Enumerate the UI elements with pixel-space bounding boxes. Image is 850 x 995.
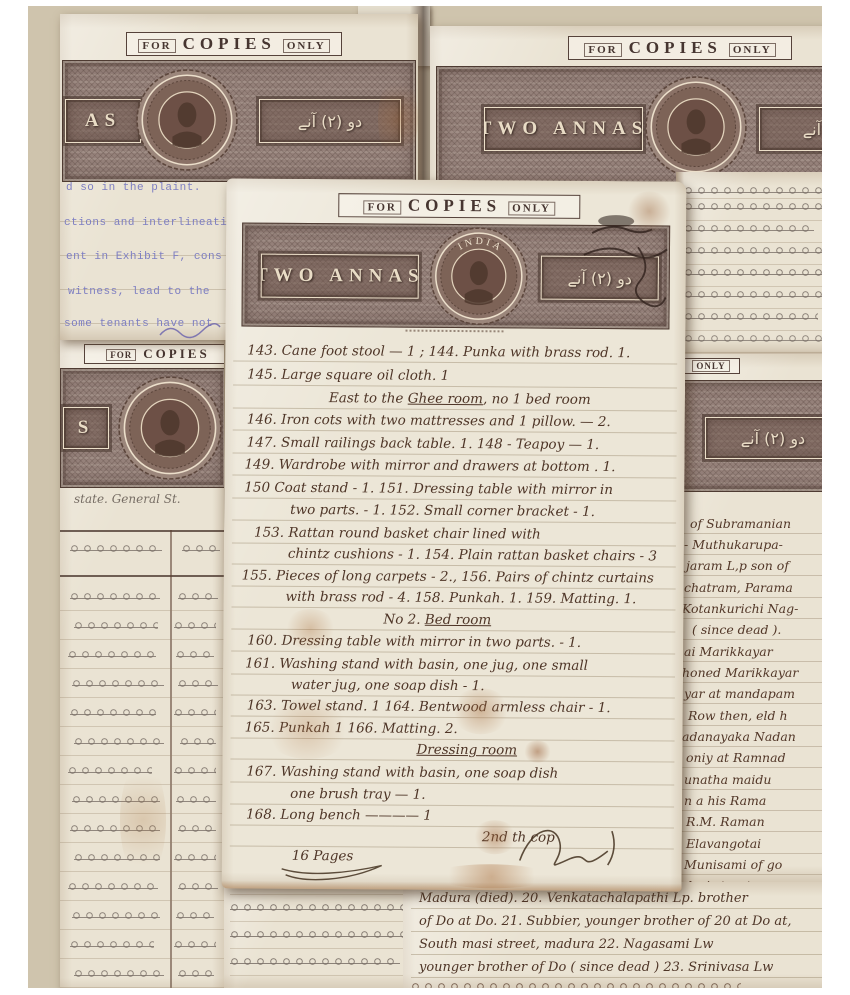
underlined-heading: Bed room [425,612,491,628]
right-handwritten-page [676,172,822,354]
handwriting-scribble [684,246,822,255]
handwriting-scribble [182,544,220,553]
header-for-label: FOR [138,39,175,53]
handwriting-scribble [178,592,218,601]
bottom-line: South masi street, madura 22. Nagasami L… [411,932,822,955]
left-middle-document: FOR COPIES S state. General St. [60,340,224,988]
header-for-label: FOR [106,349,136,361]
table-rule [60,575,224,577]
scribble-line [684,176,822,199]
name-line: R.M. Raman [680,810,822,832]
value-box-english: TWO ANNAS [261,254,419,299]
header-for-label: FOR [364,200,401,214]
value-box-english-partial: S [63,407,109,449]
scribble-line [60,646,224,669]
name-line: - Muthukarupa- [680,533,822,555]
scribble-line [60,733,224,756]
scribble-line [684,220,822,243]
name-line: of Subramanian [680,512,822,534]
name-line: adanayaka Nadan [680,725,822,747]
handwriting-scribble [178,882,218,891]
pencil-note: state. General St. [74,492,181,506]
header-for-label: FOR [584,43,621,57]
handwriting-scribble [174,766,216,775]
medallion-icon [117,375,223,481]
typed-line: d so in the plaint. [66,182,201,194]
name-line: ( since dead ). [680,618,822,640]
underlined-heading: Ghee room [408,391,483,408]
handwriting-scribble [70,592,160,601]
scribble-line [60,704,224,727]
name-line: honed Marikkayar [680,661,822,683]
scribble-line [60,675,224,698]
only-header-fragment: ONLY [682,358,740,374]
handwriting-scribble [70,708,156,717]
inventory-line: 160. Dressing table with mirror in two p… [231,628,675,654]
handwriting-scribble [68,766,152,775]
two-annas-label: TWO ANNAS [484,118,643,140]
urdu-denomination-label: دو (۲) آنے [741,429,805,448]
header-only-label: ONLY [508,201,555,215]
handwriting-scribble [684,186,822,195]
name-line: Munisami of go [680,853,822,875]
handwriting-scribble [684,202,822,211]
name-line: ai Marikkayar [680,640,822,662]
copies-only-header: FOR COPIES ONLY [338,193,580,219]
scribble-line [60,849,224,872]
inventory-line: two parts. - 1. 152. Small corner bracke… [232,497,676,523]
handwriting-scribble [72,911,160,920]
scribble-line [60,588,224,611]
handwriting-scribble [684,312,818,321]
value-box-english-partial: AS [65,99,141,143]
king-portrait-medallion [644,75,748,179]
right-document: ONLY دو (۲) آنے of Subramanian - Muthuka… [676,354,822,882]
scribble-line [60,540,224,562]
urdu-denomination-label: دو (۲) آنے [298,112,362,131]
scribble-line [684,198,822,221]
stamp-band: S [60,368,224,488]
name-line: n a his Rama [680,789,822,811]
handwriting-scribble [684,290,822,299]
value-box-urdu: دو (۲) آنے [259,99,401,143]
medallion-icon: INDIA [428,226,529,327]
scribble-line [230,926,422,949]
king-portrait-medallion [135,68,239,172]
heading-text: , no 1 bed room [483,391,591,408]
name-line: Elavangotai [680,832,822,854]
bottom-line: younger brother of Do ( since dead ) 23.… [411,955,822,978]
handwriting-scribble [174,853,216,862]
scribble-line [60,965,224,988]
heading-dressing-room: Dressing room [230,736,674,762]
inventory-line: 146. Iron cots with two mattresses and 1… [233,407,677,433]
handwriting-scribble [230,930,414,939]
typed-line: ent in Exhibit F, cons [66,251,222,263]
heading-text: East to the [329,390,408,407]
inventory-line: 145. Large square oil cloth. 1 [233,362,677,388]
handwriting-scribble [72,679,164,688]
scribble-line [230,953,422,976]
handwriting-scribble [174,708,216,717]
handwriting-scribble [684,268,822,277]
scribble-line [60,617,224,640]
value-box-urdu: دو (۲) آنے [759,107,822,151]
scribble-line [60,878,224,901]
scribble-line [60,820,224,843]
stacked-documents-photo: FOR COPIES ONLY AS دو (۲) آنے [28,6,822,988]
header-copies-label: COPIES [183,34,276,54]
medallion-icon [644,75,748,179]
typed-line: witness, lead to the [68,286,210,298]
handwriting-scribble [174,621,216,630]
scribble-line [684,308,822,331]
printer-imprint-microtext [405,330,505,333]
copies-header-fragment: FOR COPIES [84,344,224,364]
name-line: oniy at Ramnad [680,746,822,768]
signature-flourish [512,816,652,881]
ink-signature [156,320,226,340]
scribble-line [684,286,822,309]
table-rule [60,530,224,532]
handwriting-scribble [178,679,218,688]
handwriting-scribble [411,982,741,988]
handwriting-scribble [72,795,160,804]
header-only-label: ONLY [283,39,330,53]
handwriting-scribble [70,824,160,833]
handwriting-scribble [230,903,406,912]
handwriting-scribble [180,737,216,746]
name-line: chatram, Parama [680,576,822,598]
header-only-label: ONLY [729,43,776,57]
scribble-line [60,907,224,930]
scribble-line [411,978,822,988]
handwriting-scribble [176,650,214,659]
medallion-icon [135,68,239,172]
header-only-label: ONLY [692,360,729,372]
scribble-line [60,936,224,959]
handwriting-scribble [70,940,154,949]
typed-line: ctions and interlineati [64,217,227,229]
handwriting-scribble [74,969,164,978]
annas-initial-label: S [78,417,95,439]
scribble-line [684,330,822,353]
king-portrait-medallion [117,375,223,481]
ink-annotation-scrawl [563,203,682,324]
heading-text: No 2. [383,612,425,628]
scribble-line [684,264,822,287]
handwriting-scribble [178,824,216,833]
handwriting-scribble [74,737,164,746]
two-annas-partial-label: AS [85,110,121,132]
two-annas-label: TWO ANNAS [261,265,419,288]
handwriting-scribble [68,882,158,891]
stamp-band: AS دو (۲) آنے [62,60,416,182]
bottom-page: Madura (died). 20. Venkatachalapathi Lp.… [403,882,822,988]
header-copies-label: COPIES [408,196,501,217]
name-line: Kotankurichi Nag- [680,597,822,619]
top-right-document: FOR COPIES ONLY TWO ANNAS دو (۲) آنے [430,26,822,192]
handwriting-scribble [176,795,216,804]
handwriting-scribble [70,544,162,553]
handwriting-scribble [74,621,158,630]
king-portrait-medallion: INDIA [428,226,529,327]
scribble-line [230,899,422,922]
name-line: jaram L,p son of [680,554,822,576]
handwriting-scribble [684,334,822,343]
handwriting-scribble [68,650,156,659]
copies-only-header: FOR COPIES ONLY [568,36,792,60]
name-line: Row then, eld h [680,704,822,726]
inventory-line: 149. Wardrobe with mirror and drawers at… [232,452,676,478]
handwriting-scribble [174,940,216,949]
central-document: FOR COPIES ONLY TWO ANNAS INDIA [222,178,687,891]
inventory-line: 143. Cane foot stool — 1 ; 144. Punka wi… [233,338,677,364]
copies-only-header: FOR COPIES ONLY [126,32,342,56]
urdu-denomination-label: دو (۲) آنے [803,120,822,139]
value-box-urdu: دو (۲) آنے [705,417,822,459]
name-line: lasi street — [680,874,822,882]
handwriting-scribble [230,957,400,966]
name-line: unatha maidu [680,768,822,790]
stamp-band: دو (۲) آنے [676,380,822,492]
header-copies-label: COPIES [143,346,209,362]
scribble-line [60,791,224,814]
handwriting-scribble [178,969,214,978]
underlined-heading: Dressing room [416,742,517,759]
value-box-english: TWO ANNAS [484,107,643,151]
scribble-line [60,762,224,785]
pages-underline-flourish [278,863,388,882]
scribble-line [684,242,822,265]
handwriting-scribble [176,911,214,920]
bottom-line: of Do at Do. 21. Subbier, younger brothe… [411,909,822,932]
handwriting-scribble [684,224,814,233]
handwriting-scribble [74,853,160,862]
header-copies-label: COPIES [629,38,722,58]
name-line: yar at mandapam [680,682,822,704]
